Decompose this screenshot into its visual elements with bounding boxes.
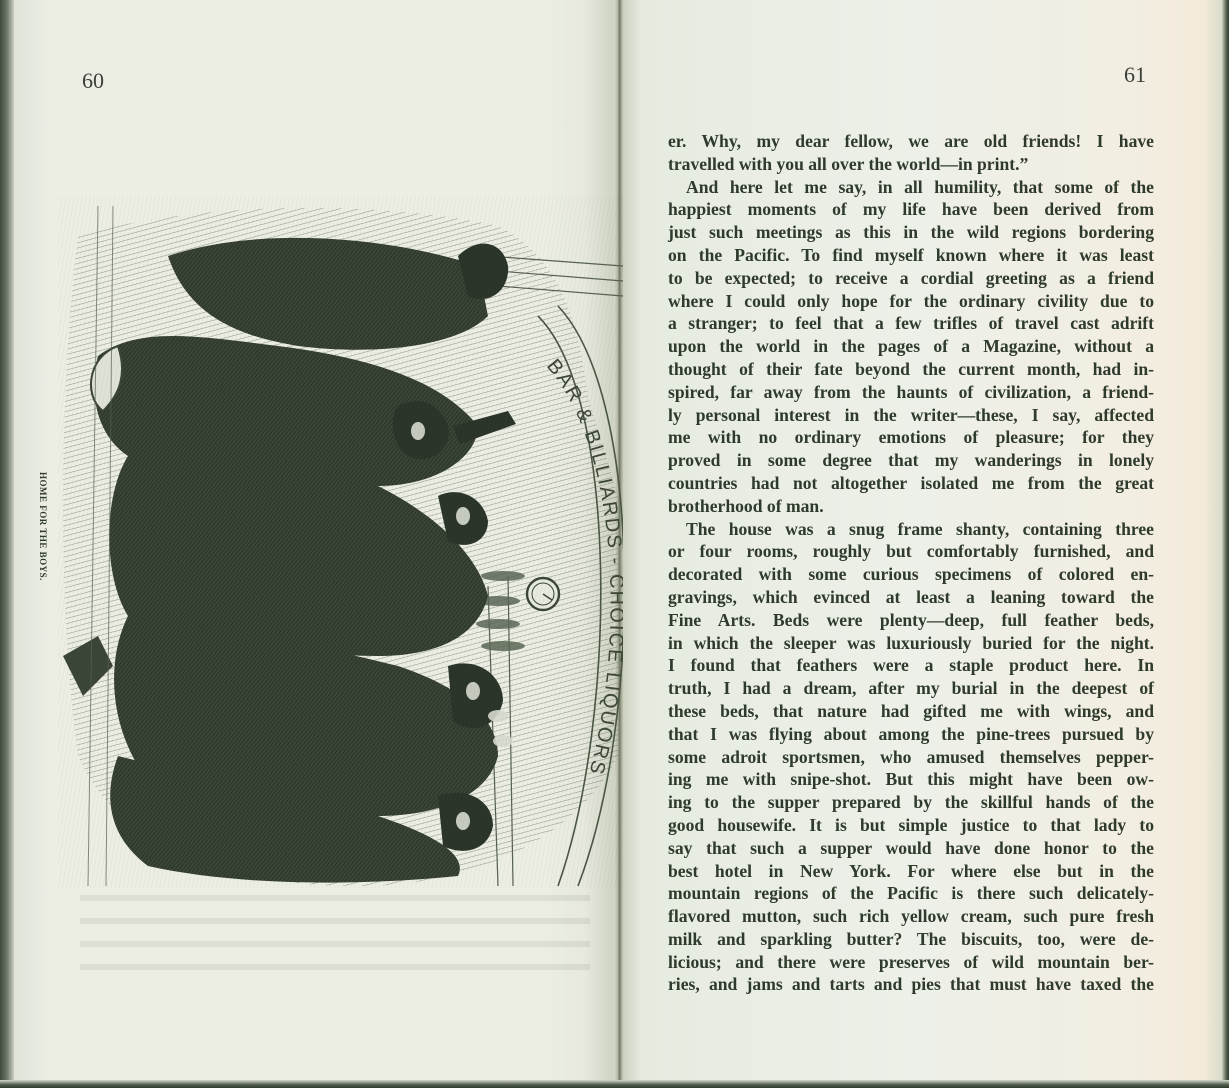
text-line: proved in some degree that my wanderings… (668, 449, 1154, 472)
text-line: me with no ordinary emotions of pleasure… (668, 426, 1154, 449)
text-line: truth, I had a dream, after my burial in… (668, 677, 1154, 700)
text-line: milk and sparkling butter? The biscuits,… (668, 928, 1154, 951)
text-line: to be expected; to receive a cordial gre… (668, 267, 1154, 290)
text-line: The house was a snug frame shanty, conta… (668, 518, 1154, 541)
text-line: And here let me say, in all humility, th… (668, 176, 1154, 199)
text-line: best hotel in New York. For where else b… (668, 860, 1154, 883)
text-line: ries, and jams and tarts and pies that m… (668, 973, 1154, 996)
text-line: licious; and there were preserves of wil… (668, 951, 1154, 974)
text-line: ing to the supper prepared by the skillf… (668, 791, 1154, 814)
page-number-right: 61 (1124, 62, 1146, 88)
book-left-edge (0, 0, 14, 1088)
text-line: upon the world in the pages of a Magazin… (668, 335, 1154, 358)
text-line: a stranger; to feel that a few trifles o… (668, 312, 1154, 335)
text-line: er. Why, my dear fellow, we are old frie… (668, 130, 1154, 153)
text-line: decorated with some curious specimens of… (668, 563, 1154, 586)
text-line: that I was flying about among the pine-t… (668, 723, 1154, 746)
text-line: say that such a supper would have done h… (668, 837, 1154, 860)
text-line: thought of their fate beyond the current… (668, 358, 1154, 381)
text-line: travelled with you all over the world—in… (668, 153, 1154, 176)
text-line: good housewife. It is but simple justice… (668, 814, 1154, 837)
text-line: some adroit sportsmen, who amused themse… (668, 746, 1154, 769)
text-line: just such meetings as this in the wild r… (668, 221, 1154, 244)
text-line: gravings, which evinced at least a leani… (668, 586, 1154, 609)
text-line: mountain regions of the Pacific is there… (668, 882, 1154, 905)
text-line: spired, far away from the haunts of civi… (668, 381, 1154, 404)
text-line: ing me with snipe-shot. But this might h… (668, 768, 1154, 791)
book-bottom-edge (0, 1080, 1229, 1088)
text-line: brotherhood of man. (668, 495, 1154, 518)
book-spread: 60 HOME FOR THE BOYS. (0, 0, 1229, 1088)
text-line: countries had not altogether isolated me… (668, 472, 1154, 495)
text-line: where I could only hope for the ordinary… (668, 290, 1154, 313)
text-line: on the Pacific. To find myself known whe… (668, 244, 1154, 267)
bleed-through-text (80, 895, 590, 985)
text-line: flavored mutton, such rich yellow cream,… (668, 905, 1154, 928)
book-right-edge (1222, 0, 1229, 1088)
text-line: I found that feathers were a staple prod… (668, 654, 1154, 677)
text-line: ly personal interest in the writer—these… (668, 404, 1154, 427)
saloon-engraving-illustration: BAR & BILLIARDS - CHOICE LIQUORS (58, 196, 623, 888)
page-number-left: 60 (82, 68, 104, 94)
illustration-caption: HOME FOR THE BOYS. (38, 472, 48, 581)
text-line: in which the sleeper was luxuriously bur… (668, 632, 1154, 655)
text-line: happiest moments of my life have been de… (668, 198, 1154, 221)
text-line: Fine Arts. Beds were plenty—deep, full f… (668, 609, 1154, 632)
body-text: er. Why, my dear fellow, we are old frie… (668, 130, 1154, 996)
text-line: or four rooms, roughly but comfortably f… (668, 540, 1154, 563)
text-line: these beds, that nature had gifted me wi… (668, 700, 1154, 723)
